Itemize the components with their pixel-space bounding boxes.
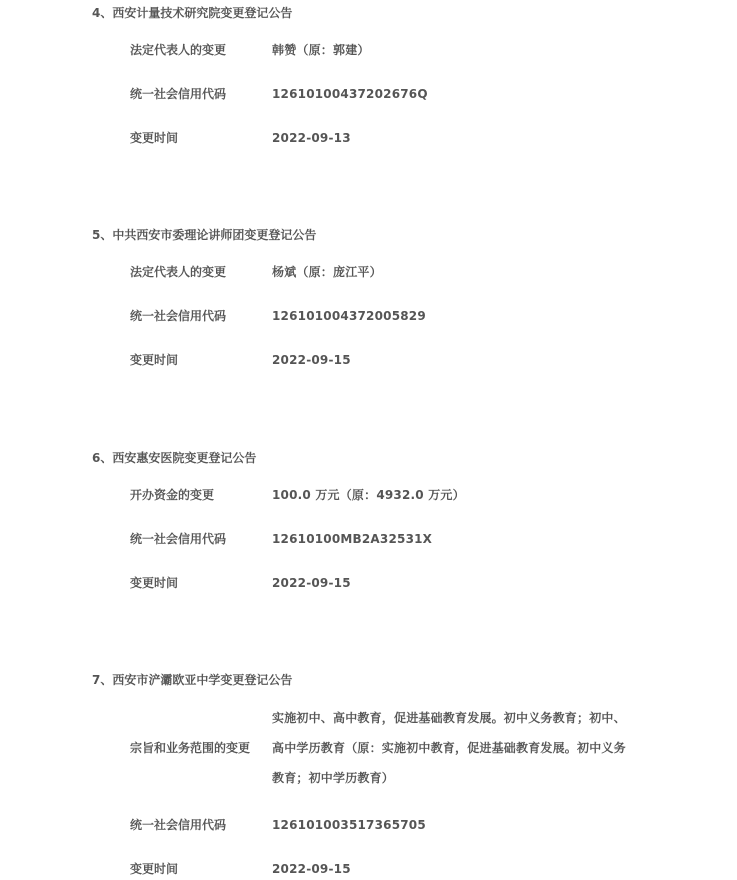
field-value: 2022-09-13	[272, 126, 652, 150]
notice-title: 7、西安市浐灞欧亚中学变更登记公告	[92, 668, 652, 692]
notice-6: 6、西安惠安医院变更登记公告 开办资金的变更 100.0 万元（原：4932.0…	[92, 446, 652, 595]
row-legal-representative: 法定代表人的变更 杨斌（原：庞江平）	[130, 260, 652, 284]
field-label: 变更时间	[130, 348, 272, 372]
field-label: 变更时间	[130, 857, 272, 880]
field-value: 126101003517365705	[272, 813, 652, 837]
field-label: 宗旨和业务范围的变更	[130, 736, 272, 760]
notice-title: 5、中共西安市委理论讲师团变更登记公告	[92, 223, 652, 247]
row-credit-code: 统一社会信用代码 12610100437202676Q	[130, 82, 652, 106]
field-value: 韩赞（原：郭建）	[272, 38, 652, 62]
row-funding-change: 开办资金的变更 100.0 万元（原：4932.0 万元）	[130, 483, 652, 507]
field-value: 实施初中、高中教育，促进基础教育发展。初中义务教育；初中、高中学历教育（原：实施…	[272, 703, 634, 793]
field-label: 法定代表人的变更	[130, 38, 272, 62]
notice-7: 7、西安市浐灞欧亚中学变更登记公告 宗旨和业务范围的变更 实施初中、高中教育，促…	[92, 668, 652, 880]
notice-title: 4、西安计量技术研究院变更登记公告	[92, 1, 652, 25]
field-label: 开办资金的变更	[130, 483, 272, 507]
field-value: 100.0 万元（原：4932.0 万元）	[272, 483, 652, 507]
row-change-date: 变更时间 2022-09-15	[130, 571, 652, 595]
row-change-date: 变更时间 2022-09-15	[130, 857, 652, 880]
row-credit-code: 统一社会信用代码 126101004372005829	[130, 304, 652, 328]
field-label: 变更时间	[130, 126, 272, 150]
field-value: 2022-09-15	[272, 571, 652, 595]
field-value: 2022-09-15	[272, 857, 652, 880]
row-legal-representative: 法定代表人的变更 韩赞（原：郭建）	[130, 38, 652, 62]
field-value: 杨斌（原：庞江平）	[272, 260, 652, 284]
field-label: 统一社会信用代码	[130, 82, 272, 106]
row-change-date: 变更时间 2022-09-13	[130, 126, 652, 150]
row-credit-code: 统一社会信用代码 126101003517365705	[130, 813, 652, 837]
field-value: 12610100MB2A32531X	[272, 527, 652, 551]
row-change-date: 变更时间 2022-09-15	[130, 348, 652, 372]
notice-title: 6、西安惠安医院变更登记公告	[92, 446, 652, 470]
notice-5: 5、中共西安市委理论讲师团变更登记公告 法定代表人的变更 杨斌（原：庞江平） 统…	[92, 223, 652, 372]
field-value: 12610100437202676Q	[272, 82, 652, 106]
field-label: 统一社会信用代码	[130, 813, 272, 837]
field-value: 126101004372005829	[272, 304, 652, 328]
row-scope-change: 宗旨和业务范围的变更 实施初中、高中教育，促进基础教育发展。初中义务教育；初中、…	[130, 703, 652, 793]
notice-4: 4、西安计量技术研究院变更登记公告 法定代表人的变更 韩赞（原：郭建） 统一社会…	[92, 1, 652, 150]
row-credit-code: 统一社会信用代码 12610100MB2A32531X	[130, 527, 652, 551]
field-label: 法定代表人的变更	[130, 260, 272, 284]
field-label: 变更时间	[130, 571, 272, 595]
field-label: 统一社会信用代码	[130, 527, 272, 551]
field-value: 2022-09-15	[272, 348, 652, 372]
field-label: 统一社会信用代码	[130, 304, 272, 328]
